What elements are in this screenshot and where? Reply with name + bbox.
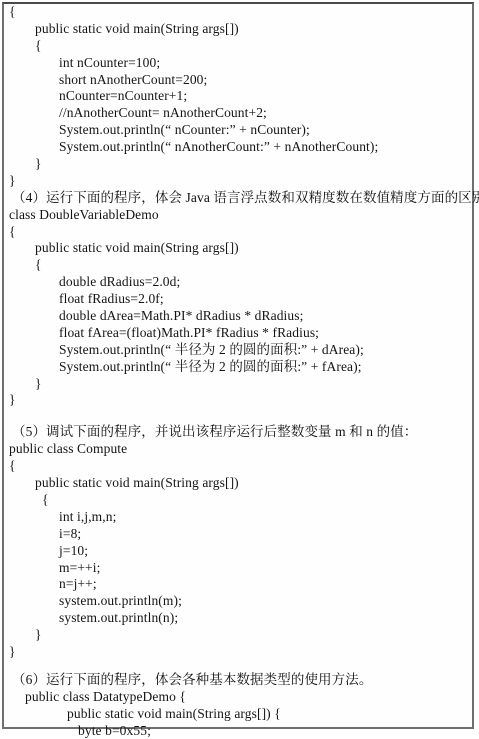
- code-line: n=j++;: [4, 576, 473, 593]
- document-content: { public static void main(String args[])…: [4, 4, 473, 737]
- code-line: }: [4, 173, 473, 190]
- code-line: }: [4, 376, 473, 393]
- code-line: double dRadius=2.0d;: [4, 274, 473, 291]
- code-line: {: [4, 4, 473, 21]
- code-line: }: [4, 392, 473, 409]
- code-line: m=++i;: [4, 560, 473, 577]
- code-line: {: [4, 38, 473, 55]
- code-line: int nCounter=100;: [4, 55, 473, 72]
- code-line: public static void main(String args[]): [4, 475, 473, 492]
- code-line: public static void main(String args[]): [4, 21, 473, 38]
- code-line: system.out.println(n);: [4, 610, 473, 627]
- exercise-heading-6: （6）运行下面的程序，体会各种基本数据类型的使用方法。: [4, 672, 473, 689]
- exercise-heading-5: （5）调试下面的程序，并说出该程序运行后整数变量 m 和 n 的值：: [4, 424, 473, 441]
- code-line: public static void main(String args[]): [4, 240, 473, 257]
- code-line: public class DatatypeDemo {: [4, 689, 473, 706]
- code-line: short nAnotherCount=200;: [4, 72, 473, 89]
- code-line: }: [4, 627, 473, 644]
- code-line: //nAnotherCount= nAnotherCount+2;: [4, 105, 473, 122]
- code-line: i=8;: [4, 526, 473, 543]
- code-line: float fRadius=2.0f;: [4, 291, 473, 308]
- code-line: system.out.println(m);: [4, 593, 473, 610]
- code-line: {: [4, 458, 473, 475]
- code-line: public static void main(String args[]) {: [4, 706, 473, 723]
- code-line: nCounter=nCounter+1;: [4, 88, 473, 105]
- code-line: public class Compute: [4, 441, 473, 458]
- code-line: System.out.println(“ 半径为 2 的圆的面积:” + dAr…: [4, 342, 473, 359]
- code-line: int i,j,m,n;: [4, 509, 473, 526]
- code-line: System.out.println(“ nAnotherCount:” + n…: [4, 139, 473, 156]
- exercise-heading-4: （4）运行下面的程序，体会 Java 语言浮点数和双精度数在数值精度方面的区别。: [4, 190, 473, 207]
- code-line: float fArea=(float)Math.PI* fRadius * fR…: [4, 325, 473, 342]
- code-line: }: [4, 644, 473, 661]
- code-line: }: [4, 156, 473, 173]
- code-line: {: [4, 224, 473, 241]
- code-line: double dArea=Math.PI* dRadius * dRadius;: [4, 308, 473, 325]
- code-line: System.out.println(“ 半径为 2 的圆的面积:” + fAr…: [4, 359, 473, 376]
- code-line: System.out.println(“ nCounter:” + nCount…: [4, 122, 473, 139]
- code-line: {: [4, 492, 473, 509]
- code-line: j=10;: [4, 543, 473, 560]
- code-line: class DoubleVariableDemo: [4, 207, 473, 224]
- code-line: {: [4, 257, 473, 274]
- code-line: byte b=0x55;: [4, 723, 473, 737]
